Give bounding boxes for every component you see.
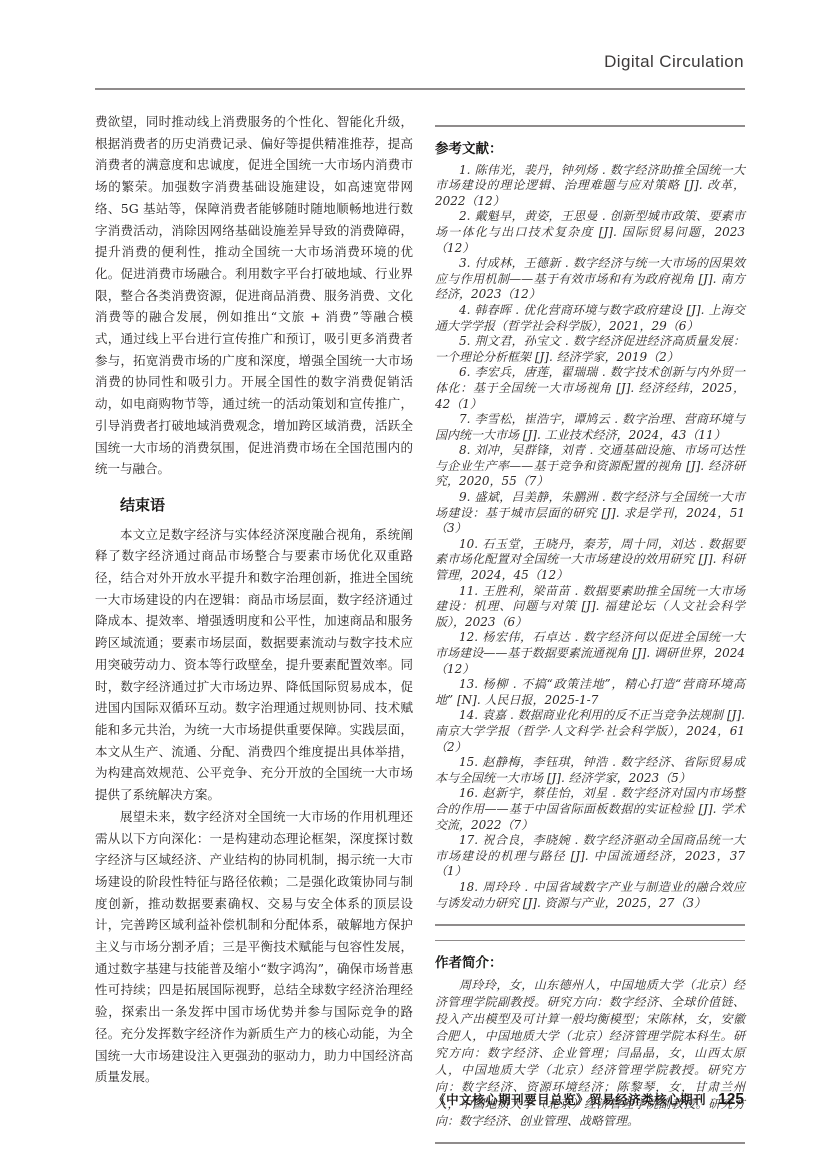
reference-item: 14. 袁嘉 . 数据商业化利用的反不正当竞争法规制 [J]. 南京大学学报（哲… (435, 708, 745, 755)
reference-item: 17. 祝合良，李晓婉 . 数字经济驱动全国商品统一大市场建设的机理与路径 [J… (435, 833, 745, 880)
reference-item: 15. 赵静梅，李钰琪，钟浩 . 数字经济、省际贸易成本与全国统一大市场 [J]… (435, 755, 745, 786)
reference-item: 2. 戴魁早，黄姿，王思曼 . 创新型城市政策、要素市场一体化与出口技术复杂度 … (435, 209, 745, 256)
conclusion-heading: 结束语 (95, 495, 413, 517)
journal-page: Digital Circulation 费欲望，同时推动线上消费服务的个性化、智… (0, 0, 830, 1164)
reference-item: 11. 王胜利，梁苗苗 . 数据要素助推全国统一大市场建设：机理、问题与对策 [… (435, 584, 745, 631)
author-bottom-rule (435, 1142, 745, 1144)
header-rule (95, 88, 745, 90)
reference-item: 16. 赵新宇，蔡佳怡，刘星 . 数字经济对国内市场整合的作用——基于中国省际面… (435, 786, 745, 833)
references-list: 1. 陈伟光，裴丹，钟列炀 . 数字经济助推全国统一大市场建设的理论逻辑、治理难… (435, 163, 745, 912)
journal-credential: 《中文核心期刊要目总览》贸易经济类核心期刊 (433, 1090, 706, 1108)
page-footer: 《中文核心期刊要目总览》贸易经济类核心期刊 125 (433, 1090, 744, 1109)
reference-item: 8. 刘冲，吴群锋，刘青 . 交通基础设施、市场可达性与企业生产率——基于竞争和… (435, 443, 745, 490)
reference-item: 7. 李雪松，崔浩宇，谭鸠云 . 数字治理、营商环境与国内统一大市场 [J]. … (435, 412, 745, 443)
references-panel: 参考文献： 1. 陈伟光，裴丹，钟列炀 . 数字经济助推全国统一大市场建设的理论… (435, 125, 745, 1144)
reference-item: 5. 荆文君，孙宝文 . 数字经济促进经济高质量发展：一个理论分析框架 [J].… (435, 334, 745, 365)
page-number: 125 (718, 1091, 744, 1109)
reference-item: 1. 陈伟光，裴丹，钟列炀 . 数字经济助推全国统一大市场建设的理论逻辑、治理难… (435, 163, 745, 210)
reference-item: 10. 石玉堂，王晓丹，秦芳，周十同，刘达 . 数据要素市场化配置对全国统一大市… (435, 537, 745, 584)
reference-item: 6. 李宏兵，唐莲，翟瑞瑞 . 数字技术创新与内外贸一体化：基于全国统一大市场视… (435, 365, 745, 412)
reference-item: 9. 盛斌，吕美静，朱鹏洲 . 数字经济与全国统一大市场建设：基于城市层面的研究… (435, 490, 745, 537)
conclusion-paragraph-2: 展望未来，数字经济对全国统一大市场的作用机理还需从以下方向深化：一是构建动态理论… (95, 806, 413, 1088)
author-top-rule (435, 940, 745, 942)
references-top-rule (435, 125, 745, 127)
section-divider-gap (435, 926, 745, 940)
reference-item: 18. 周玲玲 . 中国省域数字产业与制造业的融合效应与诱发动力研究 [J]. … (435, 880, 745, 911)
reference-item: 3. 付成林，王德新 . 数字经济与统一大市场的因果效应与作用机制——基于有效市… (435, 256, 745, 303)
references-heading: 参考文献： (435, 137, 745, 157)
running-head-title: Digital Circulation (604, 52, 744, 72)
left-column: 费欲望，同时推动线上消费服务的个性化、智能化升级，根据消费者的历史消费记录、偏好… (95, 111, 413, 1088)
body-text-paragraph: 费欲望，同时推动线上消费服务的个性化、智能化升级，根据消费者的历史消费记录、偏好… (95, 111, 413, 480)
author-bio-heading: 作者简介： (435, 951, 745, 971)
reference-item: 12. 杨宏伟，石卓达 . 数字经济何以促进全国统一大市场建设——基于数据要素流… (435, 630, 745, 677)
reference-item: 4. 韩春晖 . 优化营商环境与数字政府建设 [J]. 上海交通大学学报（哲学社… (435, 303, 745, 334)
reference-item: 13. 杨柳 . 不搞“政策洼地”，精心打造“营商环境高地” [N]. 人民日报… (435, 677, 745, 708)
conclusion-paragraph-1: 本文立足数字经济与实体经济深度融合视角，系统阐释了数字经济通过商品市场整合与要素… (95, 524, 413, 806)
